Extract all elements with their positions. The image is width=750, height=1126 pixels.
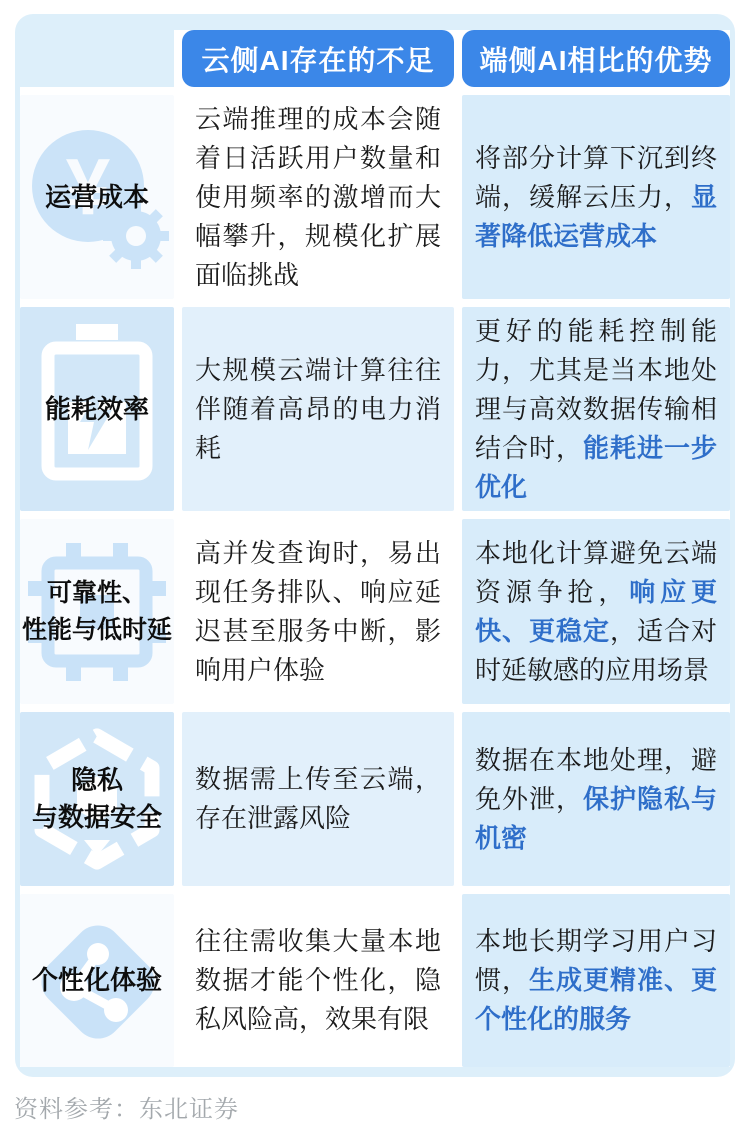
header-cloud-column: 云侧AI存在的不足 bbox=[182, 30, 454, 87]
advantage-text: 更好的能耗控制能力，尤其是当本地处理与高效数据传输相结合时，能耗进一步优化 bbox=[475, 312, 717, 507]
disadvantage-cell-operating-cost: 云端推理的成本会随着日活跃用户数量和使用频率的激增而大幅攀升，规模化扩展面临挑战 bbox=[182, 95, 454, 299]
disadvantage-text: 大规模云端计算往往伴随着高昂的电力消耗 bbox=[195, 351, 441, 468]
disadvantage-cell-energy-efficiency: 大规模云端计算往往伴随着高昂的电力消耗 bbox=[182, 307, 454, 511]
category-cell-reliability-latency: 可靠性、 性能与低时延 bbox=[20, 519, 174, 704]
advantage-cell-reliability-latency: 本地化计算避免云端资源争抢，响应更快、更稳定，适合对时延敏感的应用场景 bbox=[462, 519, 730, 704]
disadvantage-text: 往往需收集大量本地数据才能个性化，隐私风险高，效果有限 bbox=[195, 922, 441, 1039]
disadvantage-cell-privacy-security: 数据需上传至云端，存在泄露风险 bbox=[182, 712, 454, 886]
advantage-cell-operating-cost: 将部分计算下沉到终端，缓解云压力，显著降低运营成本 bbox=[462, 95, 730, 299]
source-reference: 资料参考：东北证券 bbox=[14, 1089, 239, 1124]
advantage-cell-personalization: 本地长期学习用户习惯，生成更精准、更个性化的服务 bbox=[462, 894, 730, 1067]
advantage-text: 数据在本地处理，避免外泄，保护隐私与机密 bbox=[475, 741, 717, 858]
disadvantage-cell-reliability-latency: 高并发查询时，易出现任务排队、响应延迟甚至服务中断，影响用户体验 bbox=[182, 519, 454, 704]
category-label: 能耗效率 bbox=[45, 391, 149, 428]
disadvantage-text: 云端推理的成本会随着日活跃用户数量和使用频率的激增而大幅攀升，规模化扩展面临挑战 bbox=[195, 100, 441, 295]
category-cell-personalization: 个性化体验 bbox=[20, 894, 174, 1067]
advantage-cell-privacy-security: 数据在本地处理，避免外泄，保护隐私与机密 bbox=[462, 712, 730, 886]
header-corner-spacer bbox=[20, 30, 174, 87]
header-edge-column: 端侧AI相比的优势 bbox=[462, 30, 730, 87]
category-label: 可靠性、 性能与低时延 bbox=[22, 575, 172, 649]
header-edge-label: 端侧AI相比的优势 bbox=[479, 39, 712, 79]
category-cell-privacy-security: 隐私 与数据安全 bbox=[20, 712, 174, 886]
advantage-cell-energy-efficiency: 更好的能耗控制能力，尤其是当本地处理与高效数据传输相结合时，能耗进一步优化 bbox=[462, 307, 730, 511]
disadvantage-text: 高并发查询时，易出现任务排队、响应延迟甚至服务中断，影响用户体验 bbox=[195, 534, 441, 690]
category-cell-operating-cost: ¥ 运营成本 bbox=[20, 95, 174, 299]
comparison-table-card: 云侧AI存在的不足 端侧AI相比的优势 ¥ bbox=[15, 14, 735, 1077]
comparison-grid: 云侧AI存在的不足 端侧AI相比的优势 ¥ bbox=[20, 30, 730, 1067]
advantage-text: 将部分计算下沉到终端，缓解云压力，显著降低运营成本 bbox=[475, 139, 717, 256]
category-label: 隐私 与数据安全 bbox=[32, 762, 162, 836]
category-label: 个性化体验 bbox=[32, 962, 162, 999]
advantage-text: 本地化计算避免云端资源争抢，响应更快、更稳定，适合对时延敏感的应用场景 bbox=[475, 534, 717, 690]
advantage-pre: 将部分计算下沉到终端，缓解云压力， bbox=[475, 143, 717, 212]
advantage-text: 本地长期学习用户习惯，生成更精准、更个性化的服务 bbox=[475, 922, 717, 1039]
category-cell-energy-efficiency: 能耗效率 bbox=[20, 307, 174, 511]
category-label: 运营成本 bbox=[45, 179, 149, 216]
disadvantage-text: 数据需上传至云端，存在泄露风险 bbox=[195, 760, 441, 838]
header-cloud-label: 云侧AI存在的不足 bbox=[201, 39, 434, 79]
disadvantage-cell-personalization: 往往需收集大量本地数据才能个性化，隐私风险高，效果有限 bbox=[182, 894, 454, 1067]
